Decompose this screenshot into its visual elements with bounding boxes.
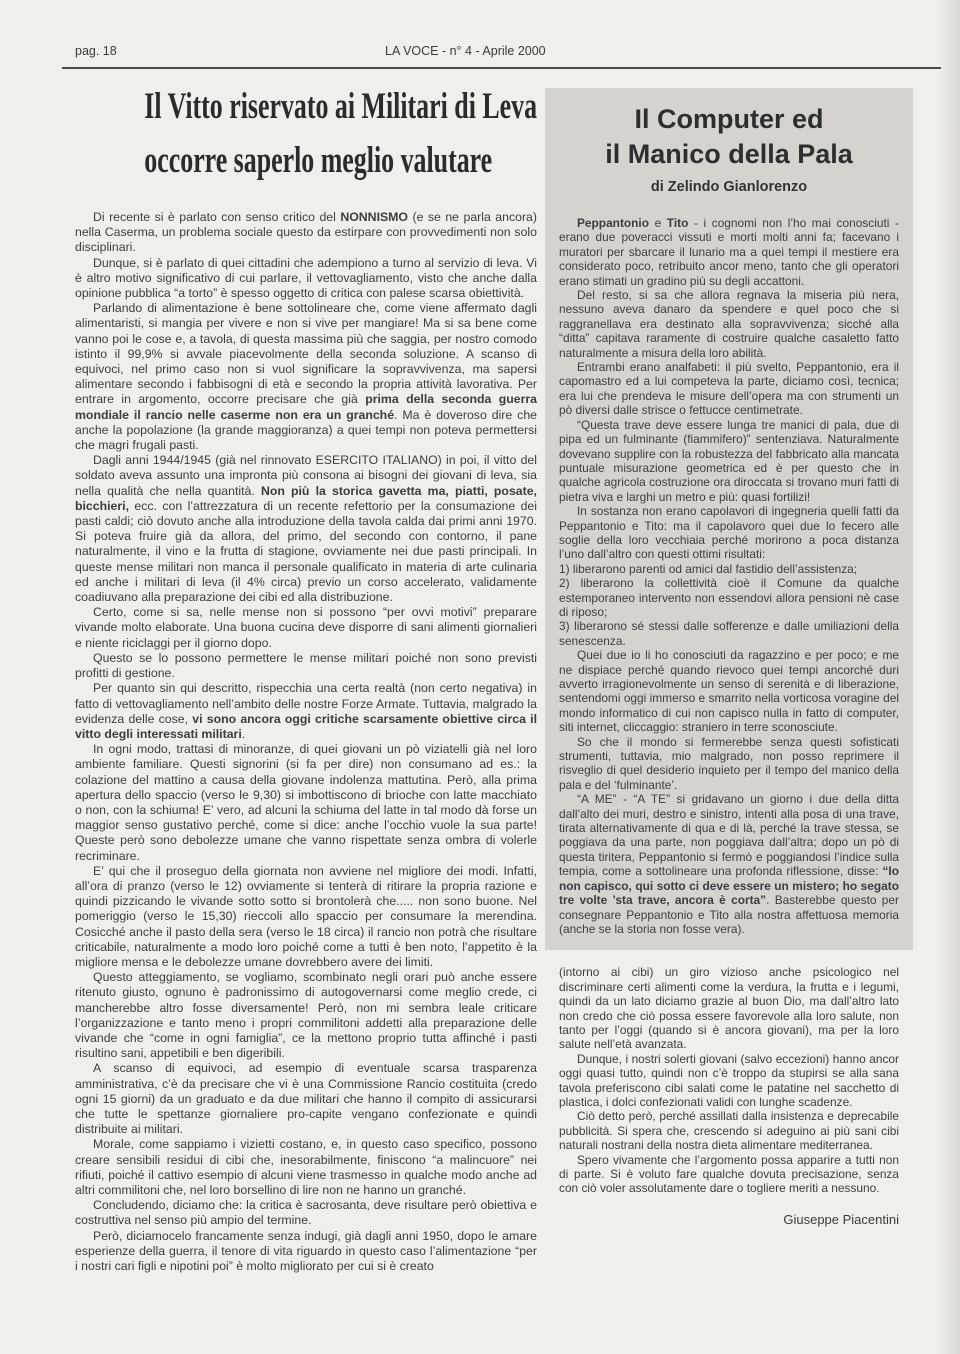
paragraph: Dunque, i nostri solerti giovani (salvo … bbox=[559, 1052, 899, 1110]
left-article-title: Il Vitto riservato ai Militari di Leva o… bbox=[75, 80, 537, 188]
paragraph: Spero vivamente che l’argomento possa ap… bbox=[559, 1153, 899, 1196]
author-signature: Giuseppe Piacentini bbox=[545, 1212, 913, 1227]
left-article-body: Di recente si è parlato con senso critic… bbox=[75, 210, 537, 1274]
left-article: Il Vitto riservato ai Militari di Leva o… bbox=[75, 80, 537, 1274]
right-article-title: Il Computer ed il Manico della Pala bbox=[559, 102, 899, 172]
paragraph: Dagli anni 1944/1945 (già nel rinnovato … bbox=[75, 453, 537, 605]
paragraph: Questo se lo possono permettere le mense… bbox=[75, 651, 537, 681]
right-article-title-line1: Il Computer ed bbox=[559, 102, 899, 137]
right-article-body: Peppantonio e Tito - i cognomi non l’ho … bbox=[559, 216, 899, 936]
scan-edge-shadow bbox=[938, 0, 960, 1354]
paragraph: “A ME” - “A TE” si gridavano un giorno i… bbox=[559, 792, 899, 936]
paragraph: Ciò detto però, perché assillati dalla i… bbox=[559, 1109, 899, 1152]
left-article-title-line1: Il Vitto riservato ai Militari di Leva bbox=[144, 80, 467, 134]
paragraph: Certo, come si sa, nelle mense non si po… bbox=[75, 605, 537, 651]
paragraph: Di recente si è parlato con senso critic… bbox=[75, 210, 537, 256]
paragraph: 1) liberarono parenti od amici dal fasti… bbox=[559, 562, 899, 576]
header-rule bbox=[62, 67, 941, 69]
paragraph: Del resto, si sa che allora regnava la m… bbox=[559, 288, 899, 360]
paragraph: So che il mondo si fermerebbe senza ques… bbox=[559, 735, 899, 793]
page-header: pag. 18 LA VOCE - n° 4 - Aprile 2000 bbox=[62, 44, 940, 64]
paragraph: (intorno ai cibi) un giro vizioso anche … bbox=[559, 965, 899, 1051]
paragraph: Parlando di alimentazione è bene sottoli… bbox=[75, 301, 537, 453]
paragraph: E’ qui che il proseguo della giornata no… bbox=[75, 864, 537, 970]
left-article-title-line2: occorre saperlo meglio valutare bbox=[144, 134, 467, 188]
paragraph: Concludendo, diciamo che: la critica è s… bbox=[75, 1198, 537, 1228]
page-number: pag. 18 bbox=[75, 44, 117, 58]
paragraph: Però, diciamocelo francamente senza indu… bbox=[75, 1229, 537, 1275]
right-column: Il Computer ed il Manico della Pala di Z… bbox=[545, 88, 913, 1227]
paragraph: 3) liberarono sé stessi dalle sofferenze… bbox=[559, 619, 899, 648]
paragraph: Questo atteggiamento, se vogliamo, scomb… bbox=[75, 970, 537, 1061]
paragraph: In sostanza non erano capolavori di inge… bbox=[559, 504, 899, 562]
paragraph: Peppantonio e Tito - i cognomi non l’ho … bbox=[559, 216, 899, 288]
paragraph: Dunque, si è parlato di quei cittadini c… bbox=[75, 256, 537, 302]
paragraph: Morale, come sappiamo i vizietti costano… bbox=[75, 1137, 537, 1198]
right-article-title-line2: il Manico della Pala bbox=[559, 137, 899, 172]
left-article-continuation: (intorno ai cibi) un giro vizioso anche … bbox=[545, 965, 913, 1196]
masthead-title: LA VOCE - n° 4 - Aprile 2000 bbox=[385, 44, 546, 58]
right-article-box: Il Computer ed il Manico della Pala di Z… bbox=[545, 88, 913, 950]
paragraph: “Questa trave deve essere lunga tre mani… bbox=[559, 418, 899, 504]
paragraph: 2) liberarono la collettività cioè il Co… bbox=[559, 576, 899, 619]
paragraph: A scanso di equivoci, ad esempio di even… bbox=[75, 1061, 537, 1137]
paragraph: Entrambi erano analfabeti: il più svelto… bbox=[559, 360, 899, 418]
paragraph: Per quanto sin qui descritto, rispecchia… bbox=[75, 681, 537, 742]
paragraph: Quei due io li ho conosciuti da ragazzin… bbox=[559, 648, 899, 734]
paragraph: In ogni modo, trattasi di minoranze, di … bbox=[75, 742, 537, 864]
right-article-byline: di Zelindo Gianlorenzo bbox=[559, 179, 899, 195]
